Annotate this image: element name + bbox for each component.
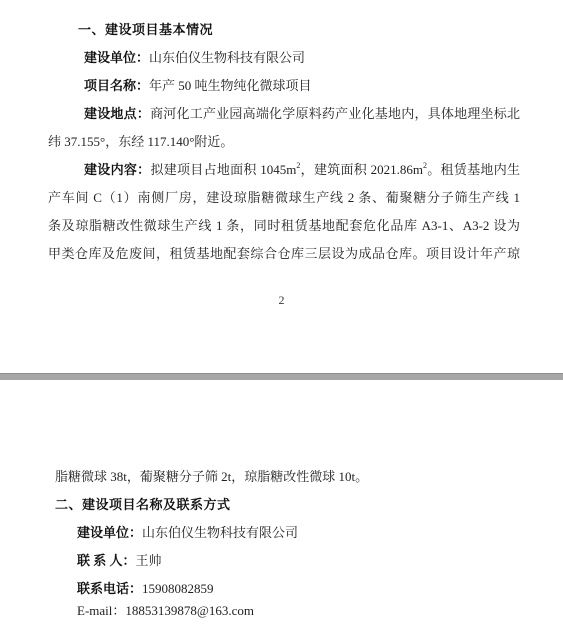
field-project-name: 项目名称：年产 50 吨生物纯化微球项目 xyxy=(48,72,520,100)
location-text-1: 商河化工产业园高端化学原料药产业化基地内，具体地理坐标北 xyxy=(150,106,520,121)
location-label: 建设地点： xyxy=(84,106,150,121)
content-text-1a: 拟建项目占地面积 1045m xyxy=(150,162,296,177)
field-construction-unit: 建设单位：山东伯仪生物科技有限公司 xyxy=(48,44,520,72)
field-content-line-4: 甲类仓库及危废间，租赁基地配套综合仓库三层设为成品仓库。项目设计年产琼 xyxy=(48,240,520,268)
content-text-1c: 。租赁基地内生 xyxy=(427,162,520,177)
construction-unit-label: 建设单位： xyxy=(84,50,149,65)
page-break-divider xyxy=(0,373,563,380)
page-number: 2 xyxy=(0,290,563,310)
content-label: 建设内容： xyxy=(84,162,150,177)
field-email: E-mail：18853139878@163.com xyxy=(55,597,515,624)
contact-person-value: 王帅 xyxy=(136,553,162,568)
content-text-1b: ，建筑面积 2021.86m xyxy=(300,162,423,177)
field-construction-unit-2: 建设单位：山东伯仪生物科技有限公司 xyxy=(55,519,515,547)
field-location-line-1: 建设地点：商河化工产业园高端化学原料药产业化基地内，具体地理坐标北 xyxy=(48,100,520,128)
document-page-1: 一、建设项目基本情况 建设单位：山东伯仪生物科技有限公司 项目名称：年产 50 … xyxy=(0,0,563,373)
email-value: 18853139878@163.com xyxy=(125,603,254,618)
construction-unit-value: 山东伯仪生物科技有限公司 xyxy=(142,525,298,540)
contact-person-label: 联 系 人： xyxy=(77,553,136,568)
section-2-heading: 二、建设项目名称及联系方式 xyxy=(55,491,515,519)
field-contact-person: 联 系 人：王帅 xyxy=(55,547,515,575)
contact-phone-label: 联系电话： xyxy=(77,581,142,596)
field-content-line-1: 建设内容：拟建项目占地面积 1045m2，建筑面积 2021.86m2。租赁基地… xyxy=(48,156,520,184)
construction-unit-label: 建设单位： xyxy=(77,525,142,540)
project-name-label: 项目名称： xyxy=(84,78,149,93)
construction-unit-value: 山东伯仪生物科技有限公司 xyxy=(149,50,305,65)
field-content-line-3: 条及琼脂糖改性微球生产线 1 条，同时租赁基地配套危化品库 A3-1、A3-2 … xyxy=(48,212,520,240)
page-1-content: 一、建设项目基本情况 建设单位：山东伯仪生物科技有限公司 项目名称：年产 50 … xyxy=(48,0,520,268)
field-location-line-2: 纬 37.155°，东经 117.140°附近。 xyxy=(48,128,520,156)
contact-phone-value: 15908082859 xyxy=(142,581,214,596)
page-2-content: 脂糖微球 38t，葡聚糖分子筛 2t，琼脂糖改性微球 10t。 二、建设项目名称… xyxy=(55,380,515,624)
section-1-heading: 一、建设项目基本情况 xyxy=(48,16,520,44)
email-label: E-mail： xyxy=(77,603,125,618)
document-page-2: 脂糖微球 38t，葡聚糖分子筛 2t，琼脂糖改性微球 10t。 二、建设项目名称… xyxy=(0,380,563,624)
project-name-value: 年产 50 吨生物纯化微球项目 xyxy=(149,78,312,93)
field-content-line-2: 产车间 C（1）南侧厂房，建设琼脂糖微球生产线 2 条、葡聚糖分子筛生产线 1 xyxy=(48,184,520,212)
carryover-line: 脂糖微球 38t，葡聚糖分子筛 2t，琼脂糖改性微球 10t。 xyxy=(55,463,515,491)
location-text-2: 纬 37.155°，东经 117.140°附近。 xyxy=(48,134,233,149)
